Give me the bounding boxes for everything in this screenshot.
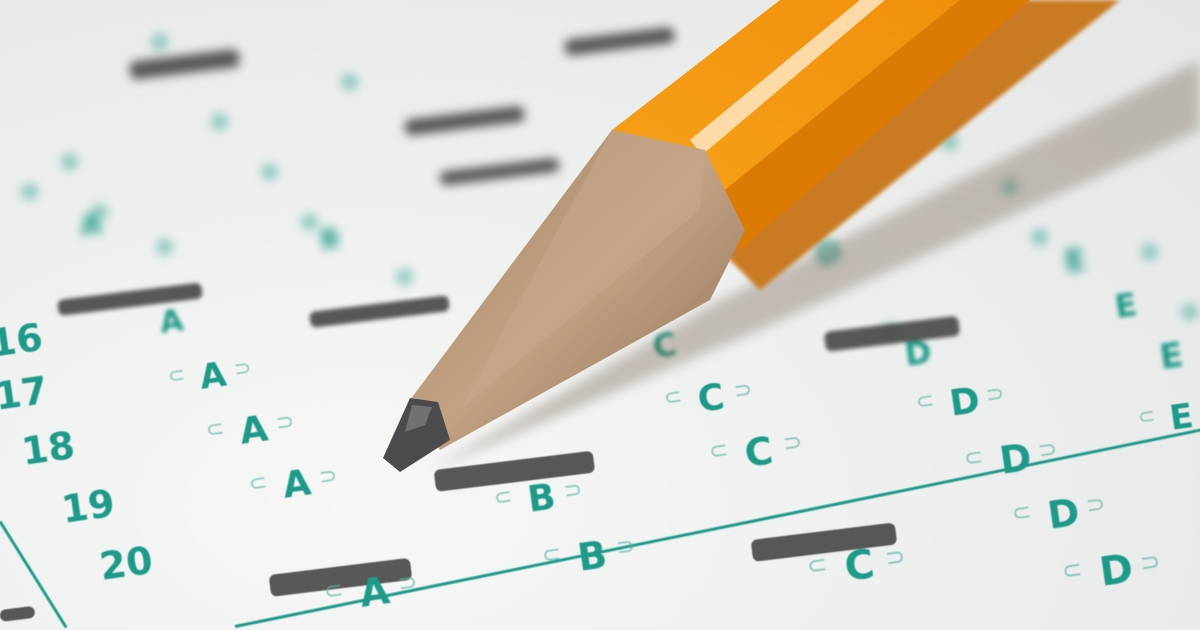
pencil	[0, 0, 1200, 630]
answer-sheet-photo: ABDE●●●●●●●●●●●●●●●● AEECD 1617181920⊂A⊃…	[0, 0, 1200, 630]
